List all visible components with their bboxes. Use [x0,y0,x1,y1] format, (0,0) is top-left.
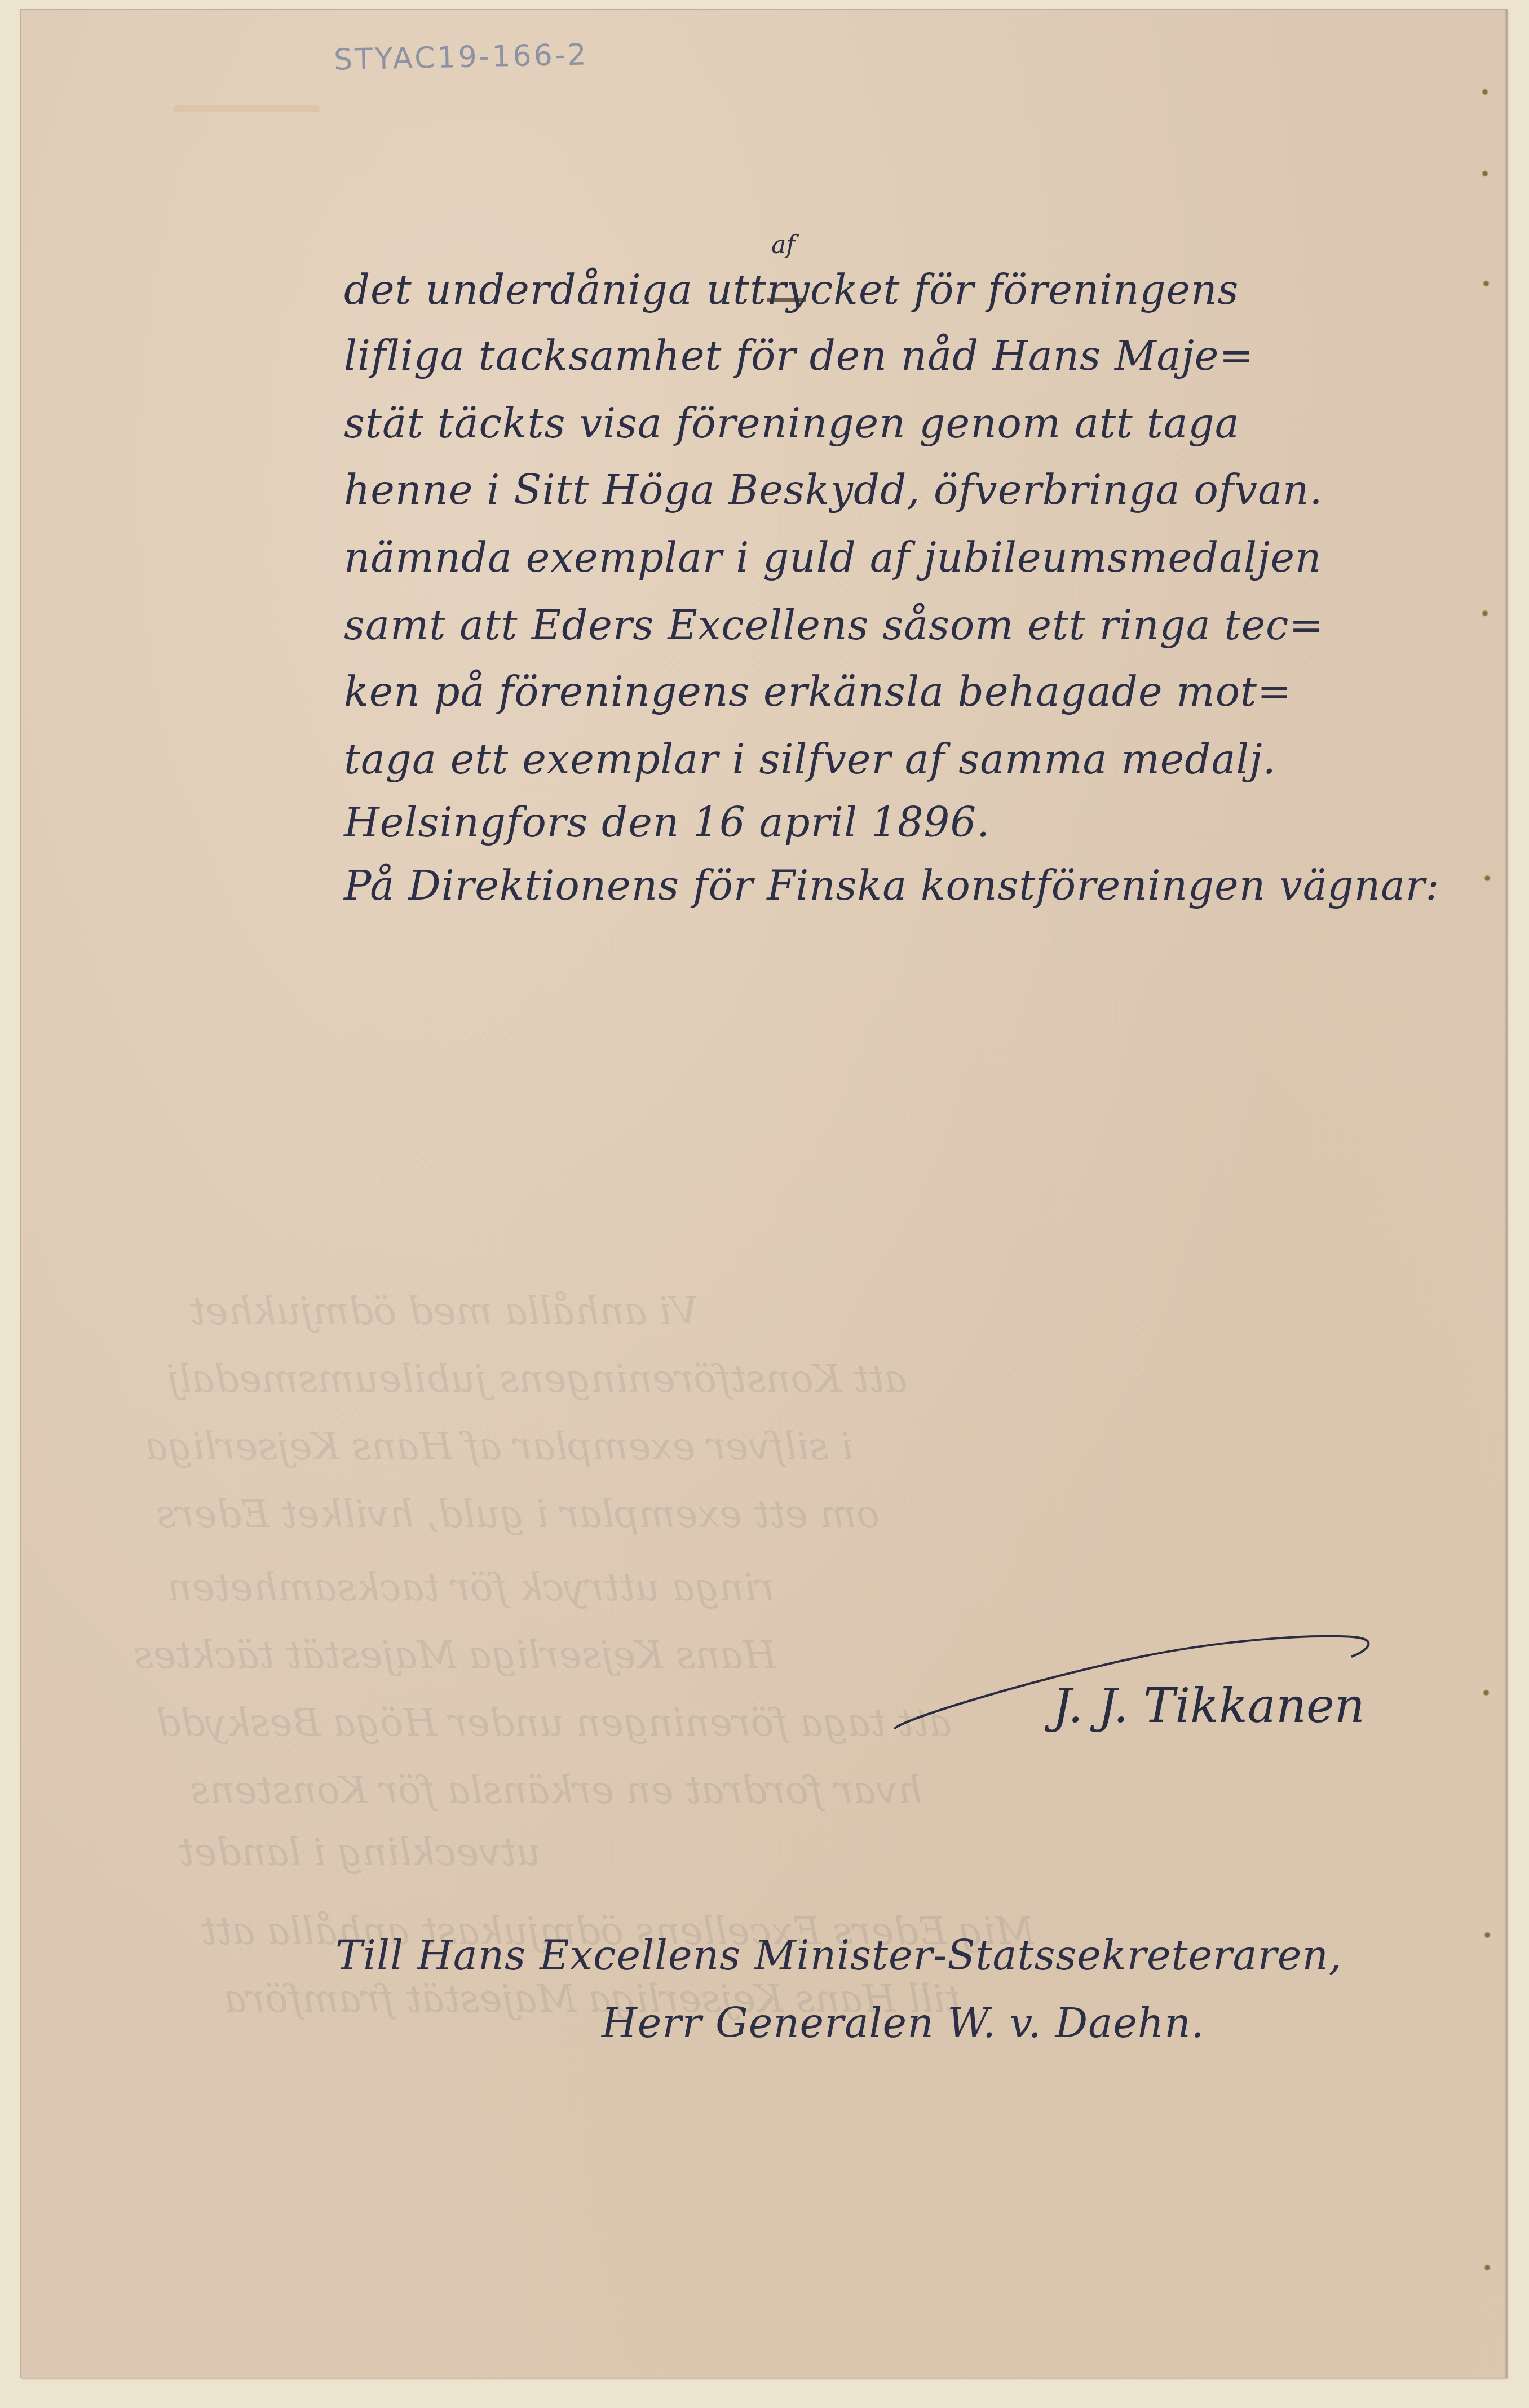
body-line: samt att Eders Excellens såsom ett ringa… [344,601,1324,649]
body-line: henne i Sitt Höga Beskydd, öfverbringa o… [344,466,1323,514]
body-line: nämnda exemplar i guld af jubileumsmedal… [344,534,1322,581]
document-page: STYAC19-166-2 Vi anhålla med ödmjukhet a… [21,10,1507,2378]
insertion-mark: af [771,231,796,259]
binding-hole [1481,88,1489,95]
date-line: Helsingfors den 16 april 1896. [344,799,990,846]
body-line: det underdåniga uttrycket för föreningen… [344,266,1239,313]
binding-hole [1483,875,1491,882]
binding-hole [1483,2264,1491,2271]
body-line: taga ett exemplar i silfver af samma med… [344,736,1276,783]
binding-hole [1483,1932,1491,1938]
addressee-line: Herr Generalen W. v. Daehn. [602,1999,1204,2047]
on-behalf-line: På Direktionens för Finska konstförening… [344,862,1440,909]
binding-hole [1482,280,1490,287]
paper-right-edge [1505,10,1507,2378]
signature: J. J. Tikkanen [1053,1678,1365,1733]
addressee-line: Till Hans Excellens Minister-Statssekret… [335,1932,1342,1979]
binding-hole [1482,1689,1490,1696]
binding-hole [1481,610,1489,617]
body-line: stät täckts visa föreningen genom att ta… [344,400,1240,447]
archive-reference-label: STYAC19-166-2 [333,38,589,77]
binding-hole [1481,170,1489,177]
body-line: lifliga tacksamhet för den nåd Hans Maje… [344,332,1254,379]
body-line: ken på föreningens erkänsla behagade mot… [344,668,1292,715]
faint-stain [173,105,320,112]
